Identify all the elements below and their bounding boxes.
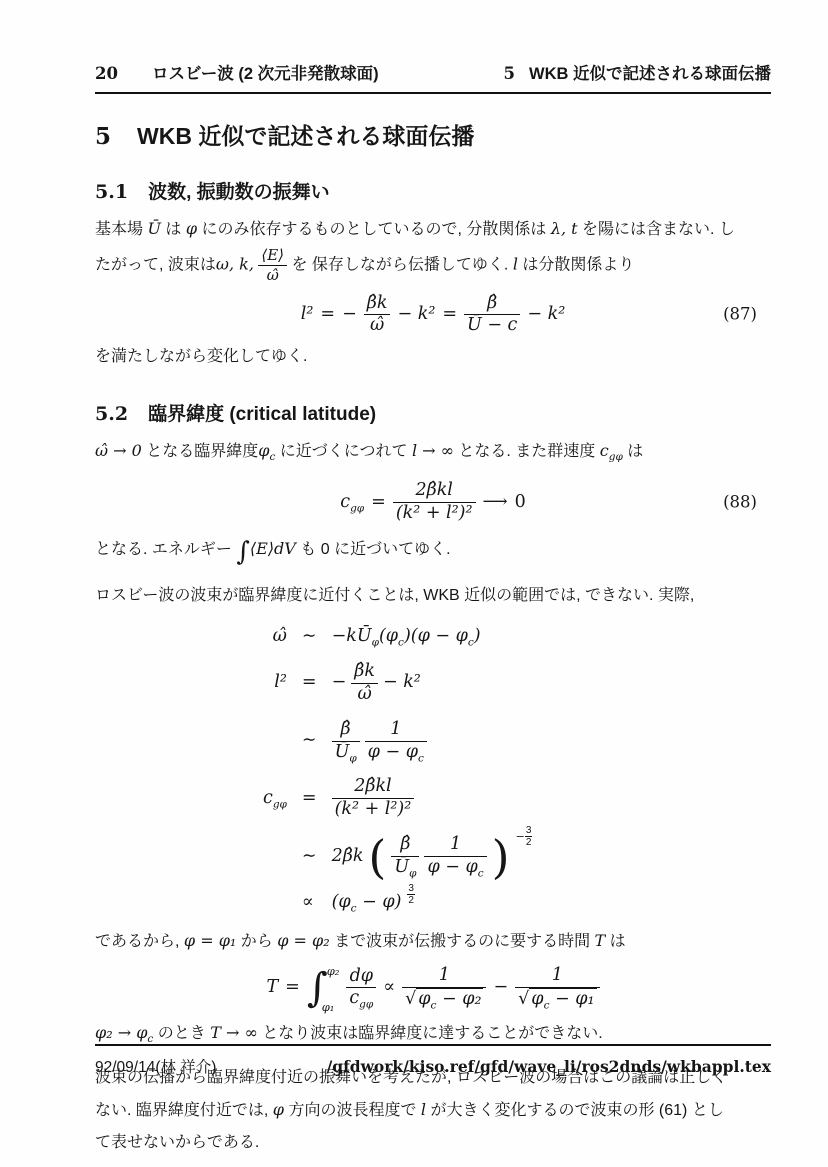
math-expr: β̂Ūφ1φ − φc — [332, 719, 533, 764]
paragraph-satisfy: を満たしながら変化してゆく. — [95, 341, 771, 373]
text-run: に近づくにつれて — [275, 443, 412, 460]
subsection-number: 5.2 — [95, 403, 128, 425]
fraction-numerator: ⟨E⟩ — [258, 246, 287, 265]
minus-sign: − — [332, 672, 347, 694]
sqrt-icon: √ — [405, 989, 416, 1009]
fraction-denominator: cgφ — [346, 987, 376, 1010]
integral-icon: ∫ — [236, 537, 250, 567]
equation-number-87: (87) — [723, 305, 757, 326]
page-content: 20 ロスビー波 (2 次元非発散球面) 5 WKB 近似で記述される球面伝播 … — [95, 60, 771, 1159]
math-term: − k² — [397, 304, 435, 326]
math-term: cgφ — [340, 492, 364, 514]
tilde-relation: ∼ — [302, 626, 317, 648]
text-run: にのみ依存するものとしているので, 分散関係は — [197, 221, 551, 238]
text-line: ω̂ → 0 となる臨界緯度φc に近づくにつれて l → ∞ となる. また群… — [95, 435, 771, 468]
align-lhs: ω̂ — [273, 626, 287, 648]
fraction: 1√φc − φ₂ — [402, 965, 486, 1011]
math-expr: 2β̂k(β̂Ūφ1φ − φc)−32 — [332, 834, 533, 879]
math-run: φc — [258, 441, 275, 460]
fraction-numerator: 1 — [365, 719, 427, 741]
text-run: 方向の波長程度で — [284, 1102, 421, 1119]
text-run: となる臨界緯度 — [142, 443, 258, 460]
radicand: φc − φ₂ — [416, 988, 483, 1011]
text-run: のとき — [153, 1025, 210, 1042]
tiny-fraction: 32 — [407, 883, 415, 906]
math-term: T — [266, 977, 278, 999]
equation-travel-time: T = ∫φ₂φ₁ dφcgφ ∝ 1√φc − φ₂ − 1√φc − φ₁ — [95, 964, 771, 1012]
paragraph-travel-time: であるから, φ = φ₁ から φ = φ₂ まで波束が伝搬するのに要する時間… — [95, 925, 771, 958]
text-run: 基本場 — [95, 221, 147, 238]
exponent: 32 — [407, 883, 415, 906]
text-run: たがって, 波束は — [95, 256, 216, 273]
inline-fraction: ⟨E⟩ω̂ — [258, 246, 287, 285]
fraction-numerator: β̂k — [351, 661, 378, 683]
page-footer: 92/09/14(林 祥介) /gfdwork/kiso.ref/gfd/wav… — [95, 1044, 771, 1077]
fraction: 1φ − φc — [365, 719, 427, 764]
fraction: dφcgφ — [346, 966, 376, 1011]
fraction-denominator: ω̂ — [364, 314, 391, 337]
equals-sign: = — [302, 672, 317, 694]
text-line: であるから, φ = φ₁ から φ = φ₂ まで波束が伝搬するのに要する時間… — [95, 925, 771, 958]
text-run: が大きく変化するので波束の形 (61) とし — [426, 1102, 724, 1119]
math-term: − k² — [527, 304, 565, 326]
lower-limit: φ₁ — [322, 1000, 335, 1014]
minus-sign: − — [493, 977, 508, 999]
subsection-heading-5-2: 5.2 臨界緯度 (critical latitude) — [95, 399, 771, 426]
math-term: 2β̂k — [332, 846, 364, 868]
text-line: たがって, 波束はω, k, ⟨E⟩ω̂ を 保存しながら伝播してゆく. l は… — [95, 246, 771, 285]
minus-sign: − — [516, 830, 525, 844]
math-expr: −β̂kω̂− k² — [332, 661, 533, 706]
tilde-relation: ∼ — [302, 846, 317, 868]
text-run: を 保存しながら伝播してゆく. — [287, 256, 513, 273]
fraction-denominator: (k² + l²)² — [393, 502, 476, 525]
section-title: WKB 近似で記述される球面伝播 — [137, 118, 474, 151]
equation-align-block: ω̂ ∼ −kŪφ(φc)(φ − φc) l² = −β̂kω̂− k² ∼ … — [263, 626, 771, 915]
fraction-numerator: 3 — [407, 883, 415, 894]
fraction-denominator: 2 — [525, 836, 533, 848]
fraction: β̂Ū − c — [464, 293, 520, 338]
text-line: を満たしながら変化してゆく. — [95, 341, 771, 373]
math-term: − k² — [383, 672, 421, 694]
fraction-numerator: β̂k — [364, 293, 391, 315]
fraction: 1φ − φc — [424, 834, 486, 879]
math-run: φ = φ₁ — [184, 931, 236, 950]
text-run: となり波束は臨界緯度に達することができない. — [258, 1025, 603, 1042]
paragraph-energy: となる. エネルギー ∫⟨E⟩dV も 0 に近づいてゆく. — [95, 533, 771, 566]
section-heading: 5 WKB 近似で記述される球面伝播 — [95, 118, 771, 151]
fraction-numerator: 1 — [515, 965, 599, 987]
text-run: は — [623, 443, 643, 460]
fraction-numerator: 1 — [402, 965, 486, 987]
math-run: T — [595, 931, 606, 950]
paragraph-basic-field: 基本場 Ū は φ にのみ依存するものとしているので, 分散関係は λ, t を… — [95, 213, 771, 285]
header-left: 20 ロスビー波 (2 次元非発散球面) — [95, 60, 379, 84]
math-expr: (φc − φ)32 — [332, 892, 533, 915]
math-run: l → ∞ — [412, 441, 454, 460]
tilde-relation: ∼ — [302, 730, 317, 752]
paragraph-wkb-limit: ロスビー波の波束が臨界緯度に近付くことは, WKB 近似の範囲では, できない.… — [95, 580, 771, 612]
text-line: ない. 臨界緯度付近では, φ 方向の波長程度で l が大きく変化するので波束の… — [95, 1094, 771, 1127]
footer-date-author: 92/09/14(林 祥介) — [95, 1055, 216, 1077]
fraction-numerator: dφ — [346, 966, 376, 988]
align-lhs: l² — [274, 672, 287, 694]
equation-87: l² = − β̂kω̂ − k² = β̂Ū − c − k² (87) — [95, 293, 771, 338]
equals-sign: = — [320, 304, 335, 326]
math-run: cgφ — [600, 441, 623, 460]
page-number: 20 — [95, 64, 118, 83]
equals-sign: = — [442, 304, 457, 326]
page: 20 ロスビー波 (2 次元非発散球面) 5 WKB 近似で記述される球面伝播 … — [0, 0, 828, 1167]
page-header: 20 ロスビー波 (2 次元非発散球面) 5 WKB 近似で記述される球面伝播 — [95, 60, 771, 94]
fraction-denominator: φ − φc — [365, 741, 427, 764]
header-section-number: 5 — [504, 64, 515, 83]
math-term: (φc − φ) — [332, 892, 402, 914]
fraction-denominator: ω̂ — [258, 265, 287, 285]
text-run: は — [605, 933, 625, 950]
fraction-denominator: √φc − φ₂ — [402, 987, 486, 1011]
fraction-numerator: β̂ — [464, 293, 520, 315]
math-run: T → ∞ — [210, 1023, 258, 1042]
equation-88: cgφ = 2β̂kl(k² + l²)² ⟶ 0 (88) — [95, 480, 771, 525]
footer-file-path: /gfdwork/kiso.ref/gfd/wave_li/ros2dnds/w… — [327, 1057, 771, 1076]
subsection-heading-5-1: 5.1 波数, 振動数の振舞い — [95, 177, 771, 204]
math-run: λ, t — [551, 219, 578, 238]
sqrt-icon: √ — [518, 989, 529, 1009]
text-line: ロスビー波の波束が臨界緯度に近付くことは, WKB 近似の範囲では, できない.… — [95, 580, 771, 612]
fraction: β̂Ūφ — [391, 834, 419, 879]
fraction-numerator: β̂ — [391, 834, 419, 856]
fraction-denominator: ω̂ — [351, 683, 378, 706]
fraction-denominator: √φc − φ₁ — [515, 987, 599, 1011]
text-run: となる. エネルギー — [95, 541, 236, 558]
align-lhs: cgφ — [263, 788, 287, 810]
proportional-sign: ∝ — [302, 892, 317, 914]
text-run: から — [236, 933, 277, 950]
text-run: を陽には含まない. し — [578, 221, 735, 238]
fraction-denominator: 2 — [407, 894, 415, 906]
integral-limits: φ₂φ₁ — [327, 964, 340, 1012]
equals-sign: = — [285, 977, 300, 999]
fraction: β̂Ūφ — [332, 719, 360, 764]
equation-number-88: (88) — [723, 492, 757, 513]
text-run: ない. 臨界緯度付近では, — [95, 1102, 273, 1119]
text-run: まで波束が伝搬するのに要する時間 — [330, 933, 595, 950]
fraction-denominator: Ūφ — [332, 741, 360, 764]
fraction: β̂kω̂ — [351, 661, 378, 706]
fraction: 2β̂kl(k² + l²)² — [332, 776, 415, 821]
fraction-denominator: φ − φc — [424, 856, 486, 879]
math-run: ω̂ → 0 — [95, 441, 142, 460]
fraction: 1√φc − φ₁ — [515, 965, 599, 1011]
header-right-title: WKB 近似で記述される球面伝播 — [529, 60, 771, 84]
header-left-title: ロスビー波 (2 次元非発散球面) — [152, 60, 379, 84]
fraction: 2β̂kl(k² + l²)² — [393, 480, 476, 525]
text-run: となる. また群速度 — [454, 443, 600, 460]
radicand: φc − φ₁ — [529, 988, 596, 1011]
equals-sign: = — [371, 492, 386, 514]
section-number: 5 — [95, 123, 111, 150]
fraction-denominator: Ūφ — [391, 856, 419, 879]
math-expr: −kŪφ(φc)(φ − φc) — [332, 626, 481, 648]
text-run: も 0 に近づいてゆく. — [296, 541, 451, 558]
fraction-denominator: Ū − c — [464, 314, 520, 337]
minus-sign: − — [342, 304, 357, 326]
subsection-title: 臨界緯度 (critical latitude) — [148, 399, 376, 426]
fraction-numerator: 1 — [424, 834, 486, 856]
text-line: て表せないからである. — [95, 1127, 771, 1159]
math-run: ⟨E⟩dV — [250, 539, 296, 558]
integral: ∫φ₂φ₁ — [307, 964, 340, 1012]
subsection-number: 5.1 — [95, 181, 128, 203]
exponent: −32 — [516, 825, 533, 848]
math-term: l² — [301, 304, 314, 326]
math-run: Ū — [147, 219, 160, 238]
fraction-numerator: 2β̂kl — [393, 480, 476, 502]
upper-limit: φ₂ — [327, 964, 340, 978]
paragraph-critical-latitude: ω̂ → 0 となる臨界緯度φc に近づくにつれて l → ∞ となる. また群… — [95, 435, 771, 468]
fraction: β̂kω̂ — [364, 293, 391, 338]
text-run: であるから, — [95, 933, 184, 950]
math-term: 0 — [515, 492, 526, 514]
subsection-title: 波数, 振動数の振舞い — [148, 177, 330, 204]
math-expr: 2β̂kl(k² + l²)² — [332, 776, 533, 821]
fraction-numerator: β̂ — [332, 719, 360, 741]
text-line: 基本場 Ū は φ にのみ依存するものとしているので, 分散関係は λ, t を… — [95, 213, 771, 246]
math-run: φ₂ → φc — [95, 1023, 153, 1042]
equals-sign: = — [302, 788, 317, 810]
tiny-fraction: 32 — [525, 825, 533, 848]
text-line: となる. エネルギー ∫⟨E⟩dV も 0 に近づいてゆく. — [95, 533, 771, 566]
math-run: ω, k, — [216, 254, 254, 273]
text-run: は — [161, 221, 186, 238]
header-right: 5 WKB 近似で記述される球面伝播 — [504, 60, 771, 84]
fraction-numerator: 3 — [525, 825, 533, 836]
proportional-sign: ∝ — [383, 977, 395, 999]
math-run: φ — [273, 1100, 284, 1119]
math-run: φ = φ₂ — [277, 931, 329, 950]
long-right-arrow: ⟶ — [483, 492, 508, 514]
fraction-numerator: 2β̂kl — [332, 776, 415, 798]
fraction-denominator: (k² + l²)² — [332, 798, 415, 821]
math-run: φ — [186, 219, 197, 238]
text-run: は分散関係より — [518, 256, 634, 273]
